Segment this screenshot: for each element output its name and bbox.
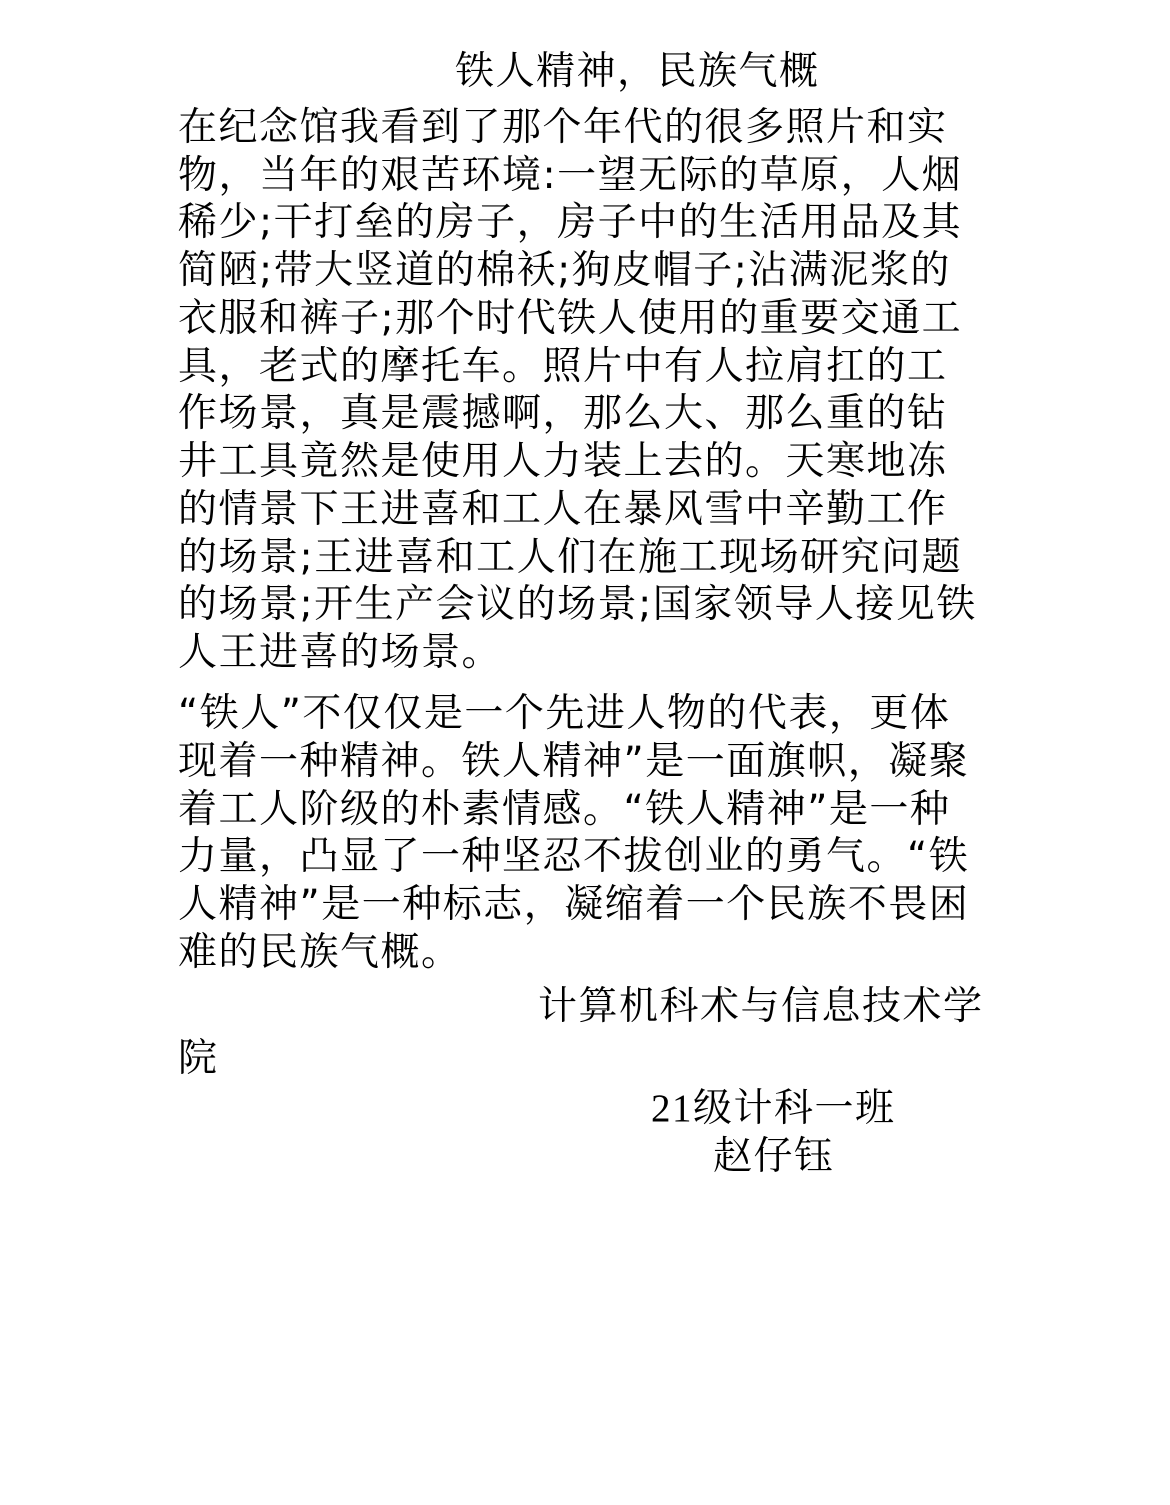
paragraph-line: 力量，凸显了一种坚忍不拔创业的勇气。“铁 — [178, 833, 969, 881]
paragraph-line: 具，老式的摩托车。照片中有人拉肩扛的工 — [178, 343, 948, 391]
paragraph-line: 人王进喜的场景。 — [178, 629, 502, 677]
class-name: 21级计科一班 — [651, 1085, 896, 1133]
paragraph-line: 着工人阶级的朴素情感。“铁人精神”是一种 — [178, 786, 950, 834]
paragraph-line: “铁人”不仅仅是一个先进人物的代表，更体 — [178, 690, 950, 738]
paragraph-line: 井工具竟然是使用人力装上去的。天寒地冻 — [178, 438, 948, 486]
paragraph-line: 作场景，真是震撼啊，那么大、那么重的钻 — [178, 390, 948, 438]
paragraph-line: 难的民族气概。 — [178, 929, 462, 977]
paragraph-line: 的场景;开生产会议的场景;国家领导人接见铁 — [178, 581, 977, 629]
paragraph-line: 稀少;干打垒的房子，房子中的生活用品及其 — [178, 199, 962, 247]
document-title: 铁人精神，民族气概 — [455, 48, 820, 96]
paragraph-line: 的情景下王进喜和工人在暴风雪中辛勤工作 — [178, 486, 948, 534]
paragraph-line: 衣服和裤子;那个时代铁人使用的重要交通工 — [178, 295, 962, 343]
paragraph-line: 在纪念馆我看到了那个年代的很多照片和实 — [178, 104, 948, 152]
author-name: 赵仔钰 — [713, 1133, 835, 1181]
paragraph-line: 的场景;王进喜和工人们在施工现场研究问题 — [178, 534, 962, 582]
college-name-line1: 计算机科术与信息技术学 — [538, 983, 984, 1031]
paragraph-line: 现着一种精神。铁人精神”是一面旗帜，凝聚 — [178, 738, 969, 786]
document-page: 铁人精神，民族气概 在纪念馆我看到了那个年代的很多照片和实 物，当年的艰苦环境:… — [0, 0, 1170, 1505]
paragraph-line: 物，当年的艰苦环境:一望无际的草原，人烟 — [178, 152, 962, 200]
paragraph-line: 简陋;带大竖道的棉袄;狗皮帽子;沾满泥浆的 — [178, 247, 951, 295]
paragraph-line: 人精神”是一种标志，凝缩着一个民族不畏困 — [178, 881, 969, 929]
college-name-line2: 院 — [178, 1035, 219, 1083]
